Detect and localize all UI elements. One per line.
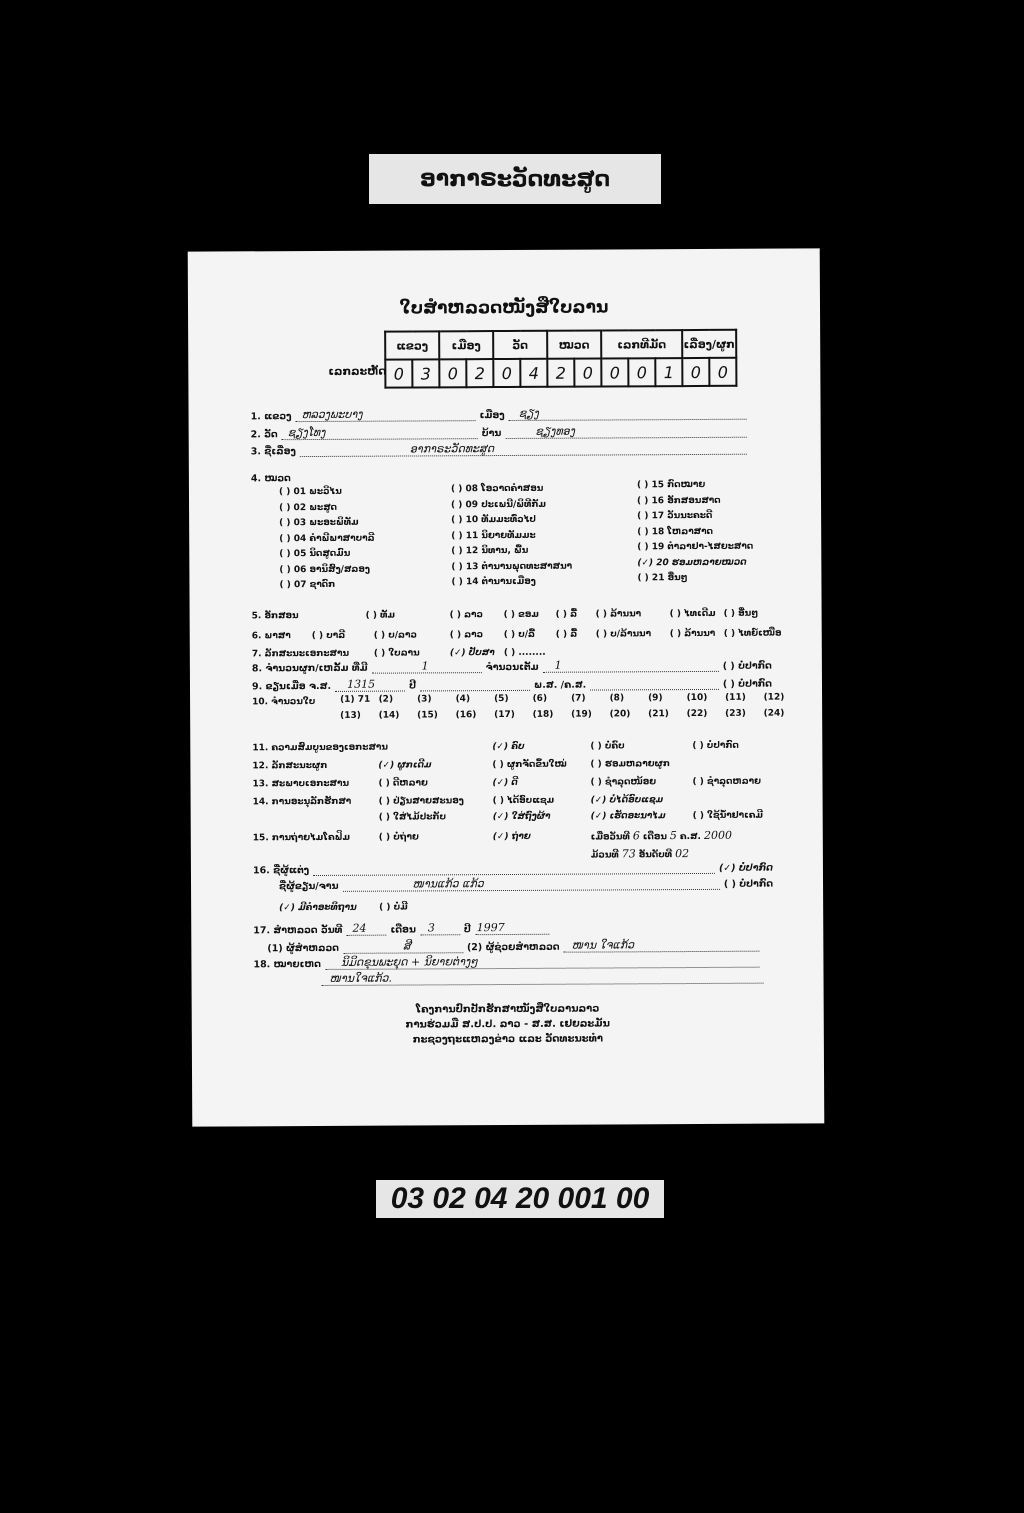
code-header: ເມືອງ (439, 331, 493, 359)
code-header: ໝວດ (547, 330, 601, 358)
bundle-option[interactable]: ( ) ຮອມຫລາຍຜູກ (590, 759, 670, 769)
category-option[interactable]: ( ) 10 ທັມມະທົ່ວໄປ (451, 513, 572, 529)
assistant-value: ໜານ ໃຈແກ້ວ (572, 938, 635, 951)
bundle-option-selected[interactable]: (✓) ຜູກເດີມ (378, 760, 431, 770)
author-label: 16. ຊື່ຜູ້ແຕ່ງ (253, 865, 309, 876)
volumes-none-option[interactable]: ( ) ບໍ່ປາກົດ (723, 661, 772, 672)
leaf-count-cell: (5) (494, 694, 509, 704)
category-option[interactable]: ( ) 07 ຊາດົກ (279, 578, 374, 594)
condition-label: 13. ສະພາບເອກະສານ (252, 779, 349, 790)
scribe-row: ຊື່ຜູ້ຂຽນ/ຈານ ໜານແກ້ວ ແກ້ວ ( ) ບໍ່ປາກົດ (279, 877, 773, 893)
leaf-count-cell: (4) (456, 694, 471, 704)
preservation-option[interactable]: ( ) ໃສ່ໄມ້ປະກັບ (379, 812, 446, 822)
leaf-count-cell: (8) (610, 693, 625, 703)
leaf-count-cell: (17) (494, 710, 515, 720)
category-option[interactable]: ( ) 11 ນິຍາຍທັມມະ (451, 528, 572, 544)
leaf-count-cell: (20) (610, 709, 631, 719)
village-value: ຊຽງທອງ (535, 425, 575, 438)
preservation-option[interactable]: ( ) ໃຊ້ນ້ຳຢາເຄມີ (693, 811, 763, 821)
scribe-value: ໜານແກ້ວ ແກ້ວ (412, 877, 483, 890)
preservation-option-selected[interactable]: (✓) ໃສ່ຖົງຜ້າ (493, 812, 551, 822)
code-digit: 4 (520, 359, 547, 387)
script-label: 5. ອັກສອນ (252, 611, 299, 621)
survey-month-label: ເດືອນ (390, 924, 415, 935)
category-col-1: ( ) 01 ພະວິໄນ ( ) 02 ພະສູດ ( ) 03 ພະອະພິ… (279, 485, 375, 594)
volumes-value: 1 (422, 659, 429, 672)
colophon-option[interactable]: ( ) ບໍ່ມີ (379, 903, 408, 913)
form-title: ໃບສຳຫລວດໜັງສືໃບລານ (188, 296, 820, 319)
category-option[interactable]: ( ) 09 ປະເພນີ/ພິທີກັມ (451, 497, 572, 513)
leaf-count-cell: (6) (533, 694, 548, 704)
code-digit: 0 (628, 358, 655, 386)
notes-row: 18. ໝາຍເຫດ ນິມິດຂຸນພະຍຸດ + ນິຍາຍຕ່າງໆ (253, 955, 763, 971)
survey-year: 1997 (477, 921, 505, 934)
survey-date-row: 17. ສຳຫລວດ ວັນທີ 24 ເດືອນ 3 ປີ 1997 (253, 922, 553, 937)
category-option[interactable]: ( ) 13 ຕຳນານພຸດທະສາສນາ (451, 559, 572, 575)
microfilm-date: ເມື່ອວັນທີ6ເດືອນ5ຄ.ສ.2000 (591, 829, 735, 843)
code-digit: 0 (682, 358, 709, 386)
condition-row: 13. ສະພາບເອກະສານ ( ) ດີຫລາຍ (✓) ດີ ( ) ຊ… (252, 776, 812, 793)
leaf-count-cell: (9) (648, 693, 663, 703)
preservation-option[interactable]: ( ) ໄດ້ອົບແຊມ (493, 796, 555, 806)
surveyor-row: (1) ຜູ້ສຳຫລວດ ສີ (2) ຜູ້ຊ່ວຍສຳຫລວດ ໜານ ໃ… (267, 939, 763, 955)
category-col-2: ( ) 08 ໂອວາດຄຳສອນ ( ) 09 ປະເພນີ/ພິທີກັມ … (451, 482, 572, 591)
code-header: ເລື່ອງ/ຜູກ (682, 330, 736, 358)
material-option[interactable]: ( ) ໃບລານ (374, 648, 420, 658)
preservation-option-selected[interactable]: (✓) ເຮັດອະນາໄມ (591, 811, 666, 821)
title-row: 3. ຊື່ເລື່ອງ ອາກາຣະວັດທະສູດ (251, 442, 751, 458)
preservation-option[interactable]: ( ) ປ່ຽນສາຍສະນອງ (379, 796, 464, 806)
completeness-option-selected[interactable]: (✓) ຄົບ (492, 742, 524, 752)
survey-month: 3 (428, 921, 435, 934)
scribe-none-option[interactable]: ( ) ບໍ່ປາກົດ (724, 879, 773, 890)
condition-option[interactable]: ( ) ຊຳລຸດຫລາຍ (692, 777, 761, 787)
temple-label: 2. ວັດ (251, 429, 278, 440)
leaf-count-cell: (12) (764, 693, 785, 703)
assistant-label: (2) ຜູ້ຊ່ວຍສຳຫລວດ (467, 942, 560, 953)
script-option[interactable]: ( ) ລື້ (556, 610, 577, 620)
year-label: ປີ (409, 680, 416, 691)
surveyor-value: ສີ (403, 940, 411, 953)
code-digit: 0 (385, 359, 412, 387)
leaf-count-cell: (23) (725, 709, 746, 719)
era-label: ພ.ສ. /ຄ.ສ. (534, 680, 586, 691)
code-digit: 0 (709, 358, 736, 386)
script-option[interactable]: ( ) ໄທເດີມ (670, 609, 716, 619)
microfilm-option-selected[interactable]: (✓) ຖ່າຍ (493, 832, 531, 842)
script-option[interactable]: ( ) ລ້ານນາ (596, 609, 642, 619)
code-header: ວັດ (493, 331, 547, 359)
leaves-label: 10. ຈຳນວນໃບ (252, 697, 315, 707)
language-option[interactable]: ( ) ລາວ (450, 630, 483, 640)
leaf-count-cell: (2) (379, 695, 394, 705)
form-footer: ໂຄງການປົກປັກຮັກສາໜັງສືໃບລານລາວ ການຮ່ວມມື… (192, 1000, 824, 1048)
title-label: 3. ຊື່ເລື່ອງ (251, 446, 296, 457)
completeness-option[interactable]: ( ) ບໍ່ປາກົດ (692, 741, 739, 751)
category-option[interactable]: ( ) 03 ພະອະພິທັມ (279, 516, 374, 532)
manuscript-title-label: ອາກາຣະວັດທະສູດ (369, 154, 661, 204)
category-label: 4. ໝວດ (251, 473, 291, 484)
temple-row: 2. ວັດ ຊຽງໂທງ ບ້ານ ຊຽງທອງ (251, 425, 751, 441)
date-written-value: 1315 (347, 678, 375, 691)
leaf-count-cell: (24) (764, 709, 785, 719)
district-label: ເມືອງ (480, 410, 505, 421)
category-col-3: ( ) 15 ກົດໝາຍ ( ) 16 ອັກສອນສາດ ( ) 17 ວັ… (637, 478, 753, 587)
code-digit: 0 (493, 359, 520, 387)
completeness-label: 11. ຄວາມສົມບູນຂອງເອກະສານ (252, 743, 388, 754)
language-label: 6. ພາສາ (252, 631, 291, 641)
microfilm-label: 15. ການຖ່າຍໄມໂຄຟິມ (253, 833, 350, 844)
leaf-count-cell: (16) (456, 710, 477, 720)
notes-line-2: ໜານໃຈແກ້ວ. (329, 972, 392, 985)
language-row: 6. ພາສາ ( ) ບາລີ ( ) ບ/ລາວ ( ) ລາວ ( ) ບ… (252, 628, 812, 645)
survey-form-page: ໃບສຳຫລວດໜັງສືໃບລານ ເລກລະຫັດ ແຂວງ ເມືອງ ວ… (188, 248, 825, 1126)
category-option[interactable]: ( ) 06 ອານິສົງ/ສລອງ (279, 562, 374, 578)
category-option[interactable]: ( ) 08 ໂອວາດຄຳສອນ (451, 482, 572, 498)
script-option[interactable]: ( ) ຂອມ (504, 610, 539, 620)
code-header: ແຂວງ (385, 331, 439, 359)
language-option[interactable]: ( ) ບ/ລາວ (374, 630, 417, 640)
category-option-selected[interactable]: (✓) 20 ຮອມຫລາຍໝວດ (637, 555, 753, 571)
colophon-row: (✓) ມີຄຳອະທິຖານ ( ) ບໍ່ມີ (279, 902, 579, 918)
language-option[interactable]: ( ) ບາລີ (312, 631, 346, 641)
script-row: 5. ອັກສອນ ( ) ທັມ ( ) ລາວ ( ) ຂອມ ( ) ລື… (252, 608, 812, 625)
date-written-label: 9. ຂຽນເມື່ອ ຈ.ສ. (252, 681, 331, 692)
category-option[interactable]: ( ) 01 ພະວິໄນ (279, 485, 374, 501)
leaf-count-cell: (13) (340, 711, 361, 721)
author-row: 16. ຊື່ຜູ້ແຕ່ງ (✓) ບໍ່ປາກົດ (253, 861, 773, 877)
condition-option[interactable]: ( ) ຊຳລຸດໜ້ອຍ (590, 777, 656, 787)
code-digit: 2 (547, 359, 574, 387)
category-option[interactable]: ( ) 05 ນິດສູດມົນ (279, 547, 374, 563)
leaf-count-cell: (7) (571, 694, 586, 704)
code-header: ເລກທີມັດ (601, 330, 682, 358)
volumes-total-value: 1 (555, 659, 562, 672)
material-option[interactable]: ( ) ........ (504, 648, 546, 658)
leaf-count-cell: (15) (417, 710, 438, 720)
script-option[interactable]: ( ) ລາວ (450, 610, 483, 620)
category-option[interactable]: ( ) 17 ວັນນະຄະດີ (637, 509, 753, 525)
code-digit: 2 (466, 359, 493, 387)
category-option[interactable]: ( ) 19 ຕຳລາຢາ-ໄສຍະສາດ (637, 540, 753, 556)
category-option[interactable]: ( ) 16 ອັກສອນສາດ (637, 493, 753, 509)
script-option[interactable]: ( ) ທັມ (366, 611, 395, 621)
survey-year-label: ປີ (464, 924, 471, 935)
survey-day: 24 (352, 922, 366, 935)
completeness-row: 11. ຄວາມສົມບູນຂອງເອກະສານ (✓) ຄົບ ( ) ບໍ່… (252, 740, 812, 757)
district-value: ຊຽງ (519, 407, 539, 420)
condition-option[interactable]: ( ) ດີຫລາຍ (378, 778, 427, 788)
material-label: 7. ລັກສະນະເອກະສານ (252, 649, 349, 660)
code-label: ເລກລະຫັດ (328, 365, 386, 378)
survey-date-label: 17. ສຳຫລວດ ວັນທີ (253, 925, 342, 936)
completeness-option[interactable]: ( ) ບໍ່ຄົບ (590, 741, 624, 751)
manuscript-code-label: 03 02 04 20 001 00 (376, 1180, 664, 1218)
province-row: 1. ແຂວງ ຫລວງພະບາງ ເມືອງ ຊຽງ (251, 407, 751, 423)
title-value: ອາກາຣະວັດທະສູດ (410, 442, 494, 455)
author-none-option[interactable]: (✓) ບໍ່ປາກົດ (719, 863, 773, 874)
scribe-label: ຊື່ຜູ້ຂຽນ/ຈານ (279, 881, 339, 892)
language-option[interactable]: ( ) ໄທຍ໌ເໜືອ (724, 629, 782, 639)
microfilm-roll: ມ້ວນທີ73ອັນດັບທີ02 (591, 847, 692, 861)
leaf-count-cell: (19) (571, 710, 592, 720)
code-digit: 3 (412, 359, 439, 387)
province-value: ຫລວງພະບາງ (302, 408, 363, 421)
leaf-count-cell: (22) (687, 709, 708, 719)
bundle-option[interactable]: ( ) ຜູກຈັດຂຶ້ນໃໝ່ (492, 760, 566, 770)
category-option[interactable]: ( ) 04 ຄຳພີພາສາບາລີ (279, 531, 374, 547)
volumes-label: 8. ຈຳນວນຜູກ/ເຫລັ້ມ ທີ່ມີ (252, 663, 368, 675)
language-option[interactable]: ( ) ລື້ (556, 630, 577, 640)
village-label: ບ້ານ (482, 428, 502, 439)
volumes-row: 8. ຈຳນວນຜູກ/ເຫລັ້ມ ທີ່ມີ 1 ຈຳນວນເຕັມ 1 (… (252, 659, 772, 675)
volumes-total-label: ຈຳນວນເຕັມ (486, 662, 539, 673)
bundle-row: 12. ລັກສະນະຜູກ (✓) ຜູກເດີມ ( ) ຜູກຈັດຂຶ້… (252, 758, 812, 775)
code-digit: 0 (601, 358, 628, 386)
code-table: ແຂວງ ເມືອງ ວັດ ໝວດ ເລກທີມັດ ເລື່ອງ/ຜູກ 0… (384, 329, 737, 389)
surveyor-label: (1) ຜູ້ສຳຫລວດ (267, 943, 339, 954)
category-option[interactable]: ( ) 21 ອື່ນໆ (637, 571, 753, 587)
code-digit: 1 (655, 358, 682, 386)
category-option[interactable]: ( ) 15 ກົດໝາຍ (637, 478, 753, 494)
language-option[interactable]: ( ) ບ/ລ້ານນາ (596, 629, 651, 639)
footer-line: ກະຊວງຖະແຫລງຂ່າວ ແລະ ວັດທະນະທຳ (192, 1030, 824, 1048)
province-label: 1. ແຂວງ (251, 411, 292, 422)
script-option[interactable]: ( ) ອື່ນໆ (724, 609, 758, 619)
leaf-count-cell: (14) (379, 711, 400, 721)
preservation-option-selected[interactable]: (✓) ບໍ່ໄດ້ອົບແຊມ (591, 795, 664, 805)
language-option[interactable]: ( ) ບ/ລື້ (504, 630, 535, 640)
leaf-count-cell: (18) (533, 710, 554, 720)
leaf-count-cell: (21) (648, 709, 669, 719)
leaf-count-cell: (3) (417, 694, 432, 704)
leaf-count-cell: (10) (687, 693, 708, 703)
temple-value: ຊຽງໂທງ (288, 426, 326, 439)
bundle-label: 12. ລັກສະນະຜູກ (252, 761, 327, 771)
notes-line-1: ນິມິດຂຸນພະຍຸດ + ນິຍາຍຕ່າງໆ (341, 955, 478, 969)
microfilm-row: 15. ການຖ່າຍໄມໂຄຟິມ ( ) ບໍ່ຖ່າຍ (✓) ຖ່າຍ … (253, 830, 813, 863)
category-option[interactable]: ( ) 12 ນິທານ, ພື້ນ (451, 544, 572, 560)
category-option[interactable]: ( ) 02 ພະສູດ (279, 500, 374, 516)
microfilm-option[interactable]: ( ) ບໍ່ຖ່າຍ (379, 832, 419, 842)
leaf-count-cell: (11) (725, 693, 746, 703)
date-written-row: 9. ຂຽນເມື່ອ ຈ.ສ. 1315 ປີ ພ.ສ. /ຄ.ສ. ( ) … (252, 677, 772, 693)
category-option[interactable]: ( ) 14 ຕຳນານເມືອງ (451, 575, 572, 591)
date-none-option[interactable]: ( ) ບໍ່ປາກົດ (723, 679, 772, 690)
preservation-label: 14. ການອະນຸລັກຮັກສາ (253, 797, 352, 808)
code-digit: 0 (574, 358, 601, 386)
notes-label: 18. ໝາຍເຫດ (253, 959, 321, 970)
material-option-selected[interactable]: (✓) ປັບສາ (450, 648, 495, 658)
colophon-option-selected[interactable]: (✓) ມີຄຳອະທິຖານ (279, 903, 357, 913)
preservation-row: 14. ການອະນຸລັກຮັກສາ ( ) ປ່ຽນສາຍສະນອງ ( )… (253, 794, 813, 827)
category-option[interactable]: ( ) 18 ໂຫລາສາດ (637, 524, 753, 540)
notes-row-2: ໜານໃຈແກ້ວ. (321, 971, 763, 986)
condition-option-selected[interactable]: (✓) ດີ (492, 778, 517, 788)
leaf-count-cell: (1) 71 (340, 695, 370, 705)
code-digit: 0 (439, 359, 466, 387)
language-option[interactable]: ( ) ລ້ານນາ (670, 629, 716, 639)
